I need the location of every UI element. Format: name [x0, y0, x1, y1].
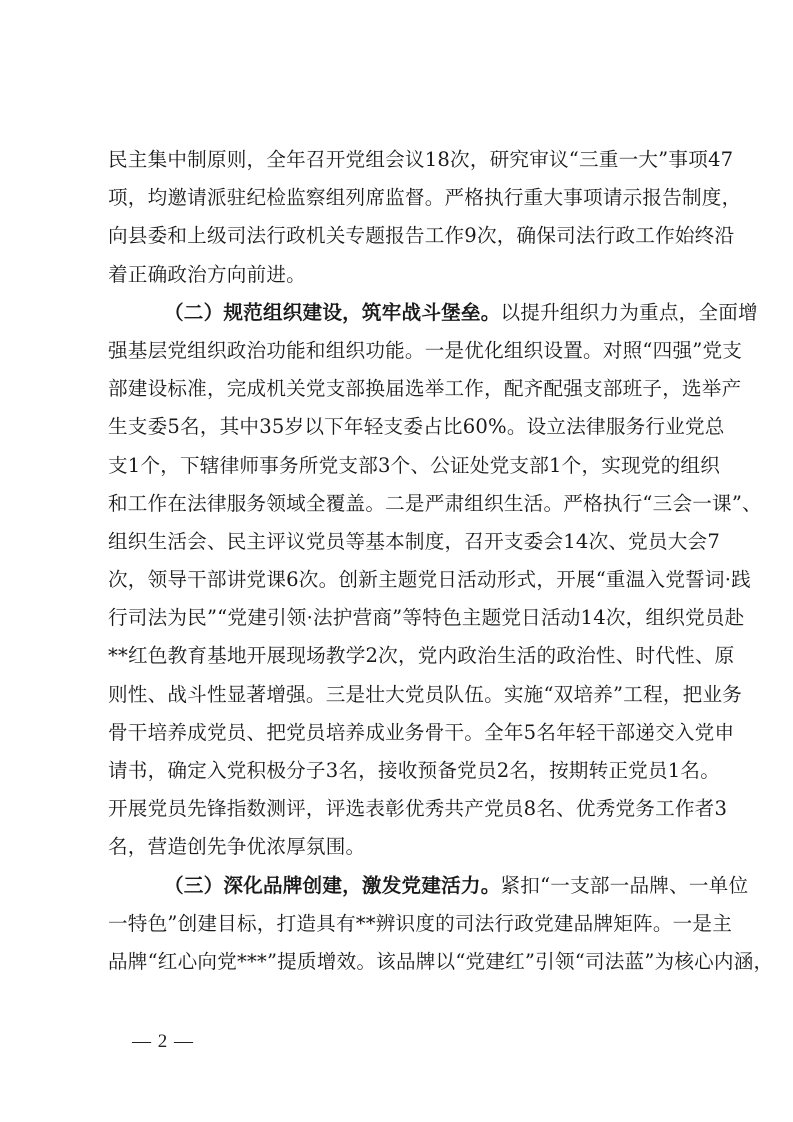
text-line: 和工作在法律服务领域全覆盖。二是严肃组织生活。严格执行“三会一课”、	[108, 485, 692, 523]
text-line: 生支委5名，其中35岁以下年轻支委占比60%。设立法律服务行业党总	[108, 408, 692, 446]
text-line: 部建设标准，完成机关党支部换届选举工作，配齐配强支部班子，选举产	[108, 370, 692, 408]
document-body: 民主集中制原则，全年召开党组会议18次，研究审议“三重一大”事项47 项，均邀请…	[108, 141, 692, 981]
paragraph-section-3: （三）深化品牌创建，激发党建活力。紧扣“一支部一品牌、一单位 一特色”创建目标，…	[108, 867, 692, 982]
text-line: 次，领导干部讲党课6次。创新主题党日活动形式，开展“重温入党誓词·践	[108, 561, 692, 599]
text-line: **红色教育基地开展现场教学2次，党内政治生活的政治性、时代性、原	[108, 637, 692, 675]
text-line: 行司法为民”“党建引领·法护营商”等特色主题党日活动14次，组织党员赴	[108, 599, 692, 637]
text-line: 向县委和上级司法行政机关专题报告工作9次，确保司法行政工作始终沿	[108, 217, 692, 255]
text-line: （二）规范组织建设，筑牢战斗堡垒。以提升组织力为重点，全面增	[108, 294, 692, 332]
text-line: 支1个，下辖律师事务所党支部3个、公证处党支部1个，实现党的组织	[108, 447, 692, 485]
text-line: 民主集中制原则，全年召开党组会议18次，研究审议“三重一大”事项47	[108, 141, 692, 179]
text-line: 名，营造创先争优浓厚氛围。	[108, 828, 692, 866]
text-line: 强基层党组织政治功能和组织功能。一是优化组织设置。对照“四强”党支	[108, 332, 692, 370]
section-heading: （三）深化品牌创建，激发党建活力。	[164, 874, 501, 897]
paragraph-continued: 民主集中制原则，全年召开党组会议18次，研究审议“三重一大”事项47 项，均邀请…	[108, 141, 692, 294]
text-line: 一特色”创建目标，打造具有**辨识度的司法行政党建品牌矩阵。一是主	[108, 905, 692, 943]
document-page: 民主集中制原则，全年召开党组会议18次，研究审议“三重一大”事项47 项，均邀请…	[0, 0, 793, 1122]
text-line: 品牌“红心向党***”提质增效。该品牌以“党建红”引领“司法蓝”为核心内涵，	[108, 943, 692, 981]
page-number: — 2 —	[132, 1030, 194, 1054]
text-line: 请书，确定入党积极分子3名，接收预备党员2名，按期转正党员1名。	[108, 752, 692, 790]
heading-line-rest: 以提升组织力为重点，全面增	[501, 301, 758, 324]
text-line: 开展党员先锋指数测评，评选表彰优秀共产党员8名、优秀党务工作者3	[108, 790, 692, 828]
text-line: （三）深化品牌创建，激发党建活力。紧扣“一支部一品牌、一单位	[108, 867, 692, 905]
text-line: 则性、战斗性显著增强。三是壮大党员队伍。实施“双培养”工程，把业务	[108, 676, 692, 714]
section-heading: （二）规范组织建设，筑牢战斗堡垒。	[164, 301, 501, 324]
text-line: 组织生活会、民主评议党员等基本制度，召开支委会14次、党员大会7	[108, 523, 692, 561]
heading-line-rest: 紧扣“一支部一品牌、一单位	[501, 874, 749, 897]
text-line: 骨干培养成党员、把党员培养成业务骨干。全年5名年轻干部递交入党申	[108, 714, 692, 752]
text-line: 着正确政治方向前进。	[108, 256, 692, 294]
paragraph-section-2: （二）规范组织建设，筑牢战斗堡垒。以提升组织力为重点，全面增 强基层党组织政治功…	[108, 294, 692, 867]
text-line: 项，均邀请派驻纪检监察组列席监督。严格执行重大事项请示报告制度，	[108, 179, 692, 217]
